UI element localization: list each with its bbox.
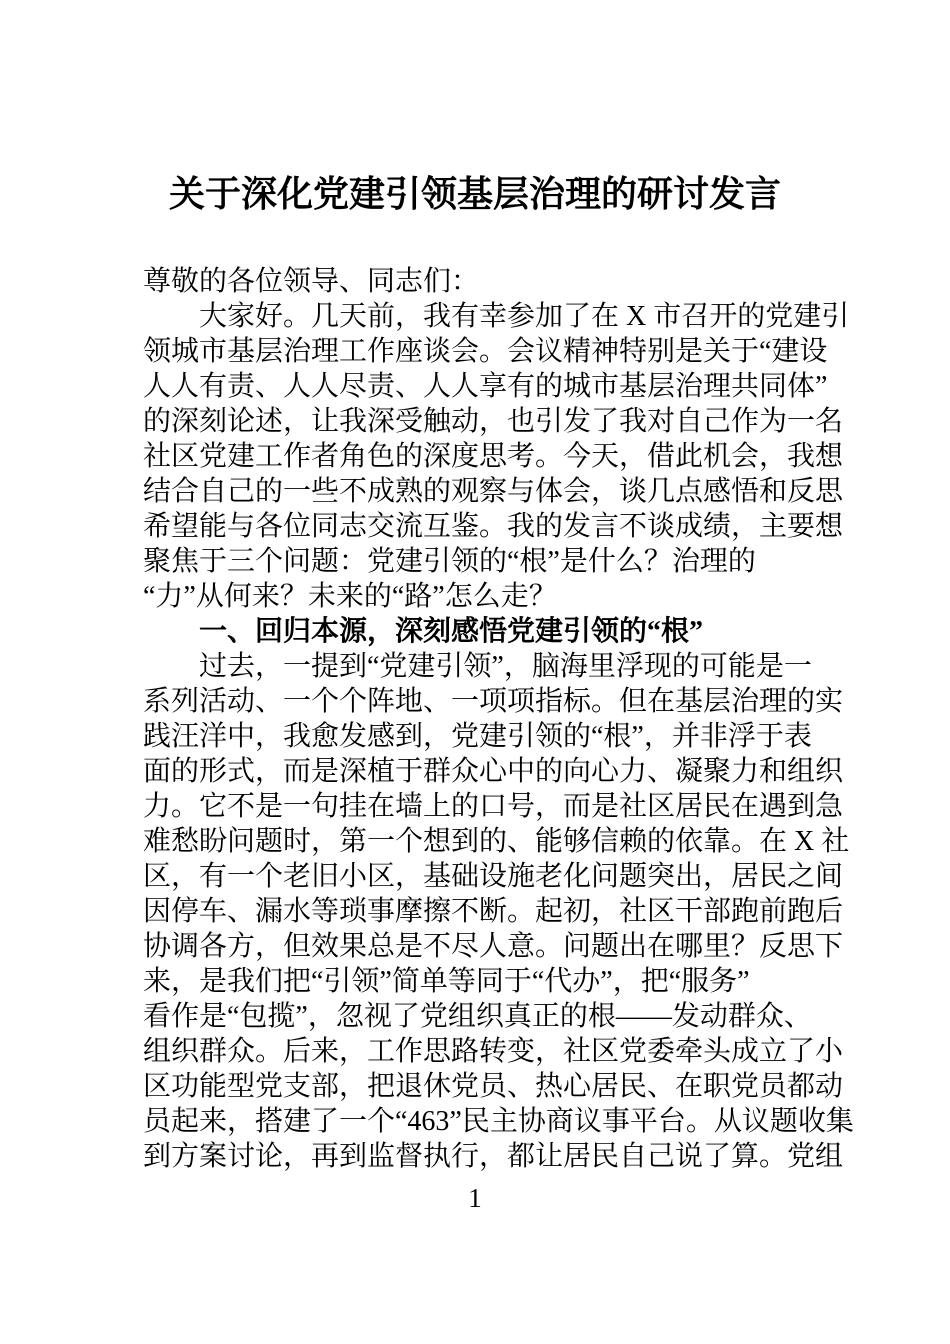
text-line: 面的形式，而是深植于群众心中的向心力、凝聚力和组织 xyxy=(143,754,823,789)
text-line: 结合自己的一些不成熟的观察与体会，谈几点感悟和反思 xyxy=(143,474,823,509)
text-line: 大家好。几天前，我有幸参加了在 X 市召开的党建引 xyxy=(143,299,823,334)
document-title: 关于深化党建引领基层治理的研讨发言 xyxy=(0,172,950,216)
text-line: 到方案讨论，再到监督执行，都让居民自己说了算。党组 xyxy=(143,1139,823,1174)
text-line: 人人有责、人人尽责、人人享有的城市基层治理共同体” xyxy=(143,369,823,404)
text-line: 因停车、漏水等琐事摩擦不断。起初，社区干部跑前跑后 xyxy=(143,894,823,929)
text-line: 来，是我们把“引领”简单等同于“代办”，把“服务” xyxy=(143,964,823,999)
text-line: 区，有一个老旧小区，基础设施老化问题突出，居民之间 xyxy=(143,859,823,894)
text-line: 员起来，搭建了一个“463”民主协商议事平台。从议题收集 xyxy=(143,1104,823,1139)
text-line: 力。它不是一句挂在墙上的口号，而是社区居民在遇到急 xyxy=(143,789,823,824)
document-page: 关于深化党建引领基层治理的研讨发言 尊敬的各位领导、同志们： 大家好。几天前，我… xyxy=(0,0,950,1344)
text-line: 组织群众。后来，工作思路转变，社区党委牵头成立了小 xyxy=(143,1034,823,1069)
text-line: 希望能与各位同志交流互鉴。我的发言不谈成绩，主要想 xyxy=(143,509,823,544)
text-line: “力”从何来？未来的“路”怎么走？ xyxy=(143,579,823,614)
text-line: 协调各方，但效果总是不尽人意。问题出在哪里？反思下 xyxy=(143,929,823,964)
text-line: 聚焦于三个问题：党建引领的“根”是什么？治理的 xyxy=(143,544,823,579)
text-line: 社区党建工作者角色的深度思考。今天，借此机会，我想 xyxy=(143,439,823,474)
page-number: 1 xyxy=(0,1182,950,1214)
text-line: 的深刻论述，让我深受触动，也引发了我对自己作为一名 xyxy=(143,404,823,439)
text-line: 践汪洋中，我愈发感到，党建引领的“根”，并非浮于表 xyxy=(143,719,823,754)
text-line: 系列活动、一个个阵地、一项项指标。但在基层治理的实 xyxy=(143,684,823,719)
salutation-line: 尊敬的各位领导、同志们： xyxy=(143,264,823,299)
section-heading: 一、回归本源，深刻感悟党建引领的“根” xyxy=(143,614,823,649)
body-text: 尊敬的各位领导、同志们： 大家好。几天前，我有幸参加了在 X 市召开的党建引 领… xyxy=(143,264,823,1174)
text-line: 领城市基层治理工作座谈会。会议精神特别是关于“建设 xyxy=(143,334,823,369)
text-line: 过去，一提到“党建引领”，脑海里浮现的可能是一 xyxy=(143,649,823,684)
text-line: 区功能型党支部，把退休党员、热心居民、在职党员都动 xyxy=(143,1069,823,1104)
text-line: 看作是“包揽”，忽视了党组织真正的根——发动群众、 xyxy=(143,999,823,1034)
text-line: 难愁盼问题时，第一个想到的、能够信赖的依靠。在 X 社 xyxy=(143,824,823,859)
